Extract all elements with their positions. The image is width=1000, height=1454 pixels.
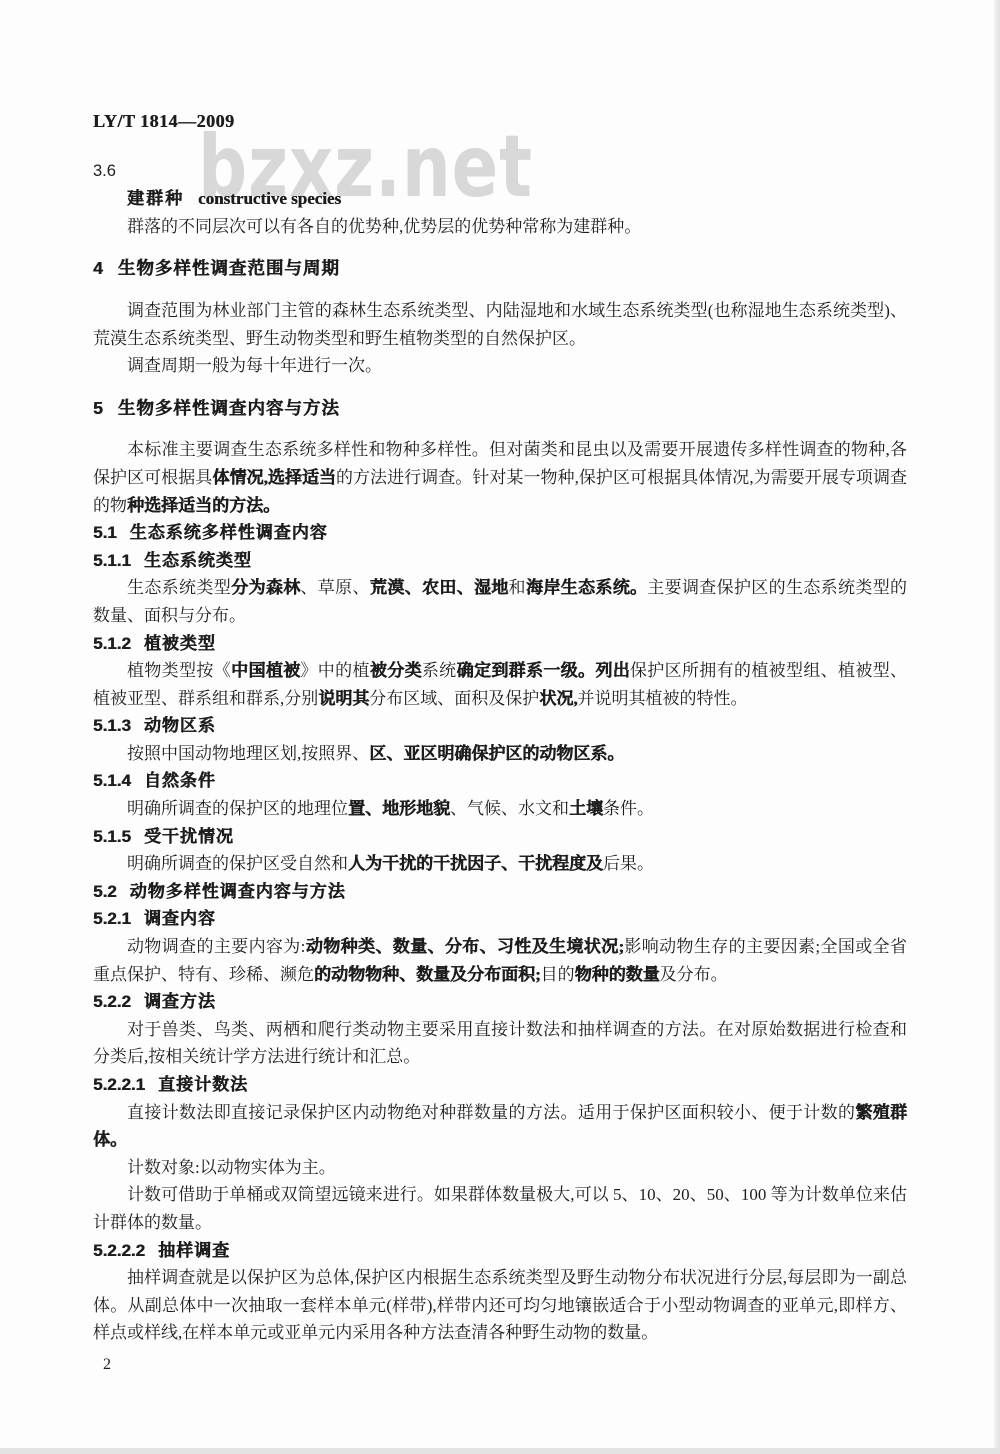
text-run: 明确所调查的保护区的地理位: [127, 799, 348, 818]
text-run: 海岸生态系统。: [526, 578, 647, 597]
page-edge-right: [994, 0, 1000, 1454]
text-run: 体情况,选择适当: [212, 468, 336, 487]
paragraph: 按照中国动物地理区划,按照界、区、亚区明确保护区的动物区系。: [93, 740, 907, 768]
clause-heading-5-1-2: 5.1.2植被类型: [93, 630, 907, 658]
clause-number: 3.6: [93, 158, 907, 186]
clause-number: 5.2: [93, 882, 117, 901]
paragraph: 对于兽类、鸟类、两栖和爬行类动物主要采用直接计数法和抽样调查的方法。在对原始数据…: [93, 1016, 907, 1071]
text-run: 系统: [422, 661, 457, 680]
clause-number: 5.2.1: [93, 909, 131, 928]
text-run: 动物种类、数量、分布、习性及生境状况;: [305, 937, 624, 956]
text-run: 和: [509, 578, 526, 597]
paragraph: 直接计数法即直接记录保护区内动物绝对种群数量的方法。适用于保护区面积较小、便于计…: [93, 1099, 907, 1154]
blocks-host: 3.6建群种constructive species群落的不同层次可以有各自的优…: [93, 158, 907, 1347]
clause-heading-4: 4生物多样性调查范围与周期: [93, 255, 907, 283]
paragraph: 本标准主要调查生态系统多样性和物种多样性。但对菌类和昆虫以及需要开展遗传多样性调…: [93, 436, 907, 519]
text-run: 状况,: [539, 689, 577, 708]
page-number: 2: [93, 1351, 907, 1379]
clause-number: 5.1.5: [93, 827, 131, 846]
paragraph: 明确所调查的保护区的地理位置、地形地貌、气候、水文和土壤条件。: [93, 795, 907, 823]
doc-code: LY/T 1814—2009: [93, 108, 907, 136]
paragraph: 计数对象:以动物实体为主。: [93, 1154, 907, 1182]
text-run: 荒漠、农田、湿地: [370, 578, 509, 597]
clause-heading-5-1-3: 5.1.3动物区系: [93, 712, 907, 740]
clause-heading-5-1-5: 5.1.5受干扰情况: [93, 823, 907, 851]
clause-title: 受干扰情况: [144, 827, 234, 846]
clause-number: 5.2.2.2: [93, 1241, 145, 1260]
clause-title: 调查内容: [144, 909, 216, 928]
clause-heading-5-1-1: 5.1.1生态系统类型: [93, 547, 907, 575]
clause-title: 调查方法: [144, 992, 216, 1011]
text-run: 按照中国动物地理区划,按照界、: [127, 744, 369, 763]
text-run: 置、地形地貌: [348, 799, 450, 818]
text-run: 》中的植: [300, 661, 369, 680]
text-run: 种选择适当的方法。: [127, 496, 280, 515]
clause-title: 抽样调查: [158, 1241, 230, 1260]
clause-title: 生物多样性调查范围与周期: [118, 258, 340, 278]
clause-heading-5-1: 5.1生态系统多样性调查内容: [93, 519, 907, 547]
text-run: 条件。: [603, 799, 654, 818]
paragraph: 群落的不同层次可以有各自的优势种,优势层的优势种常称为建群种。: [93, 213, 907, 241]
clause-number: 5.1.4: [93, 771, 131, 790]
clause-title: 自然条件: [144, 771, 216, 790]
text-run: 人为干扰的干扰因子、干扰程度及: [348, 854, 603, 873]
clause-number: 5.2.2.1: [93, 1075, 145, 1094]
text-run: 及分布。: [660, 965, 728, 984]
paragraph: 明确所调查的保护区受自然和人为干扰的干扰因子、干扰程度及后果。: [93, 850, 907, 878]
clause-title: 生态系统类型: [144, 551, 252, 570]
term-entry: 建群种constructive species: [93, 185, 907, 213]
text-run: 动物调查的主要内容为:: [127, 937, 305, 956]
text-run: 中国植被: [231, 661, 300, 680]
text-run: 直接计数法即直接记录保护区内动物绝对种群数量的方法。适用于保护区面积较小、便于计…: [127, 1103, 855, 1122]
text-run: 分布区域、面积及保护: [369, 689, 539, 708]
term-name-cn: 建群种: [127, 189, 184, 208]
text-run: 分为森林: [231, 578, 300, 597]
clause-title: 动物多样性调查内容与方法: [130, 882, 346, 901]
text-run: 区、亚区明确保护区的动物区系。: [369, 744, 624, 763]
paragraph: 计数可借助于单桶或双筒望远镜来进行。如果群体数量极大,可以 5、10、20、50…: [93, 1181, 907, 1236]
text-run: 植物类型按《: [127, 661, 231, 680]
paragraph: 植物类型按《中国植被》中的植被分类系统确定到群系一级。列出保护区所拥有的植被型组…: [93, 657, 907, 712]
clause-number: 5: [93, 398, 103, 418]
clause-title: 生物多样性调查内容与方法: [118, 398, 340, 418]
text-run: 物种的数量: [575, 965, 660, 984]
clause-title: 生态系统多样性调查内容: [130, 523, 328, 542]
clause-heading-5-1-4: 5.1.4自然条件: [93, 767, 907, 795]
paragraph: 生态系统类型分为森林、草原、荒漠、农田、湿地和海岸生态系统。主要调查保护区的生态…: [93, 574, 907, 629]
clause-heading-5-2-2-2: 5.2.2.2抽样调查: [93, 1237, 907, 1265]
document-content: LY/T 1814—2009 3.6建群种constructive specie…: [93, 108, 907, 1379]
text-run: 说明其: [318, 689, 369, 708]
clause-heading-5-2-2-1: 5.2.2.1直接计数法: [93, 1071, 907, 1099]
text-run: 目的: [541, 965, 575, 984]
text-run: 后果。: [603, 854, 654, 873]
clause-number: 5.1.2: [93, 634, 131, 653]
clause-title: 直接计数法: [158, 1075, 248, 1094]
text-run: 生态系统类型: [127, 578, 231, 597]
text-run: 被分类: [370, 661, 422, 680]
scanned-document-page: { "page": { "doc_code": "LY/T 1814—2009"…: [0, 0, 1000, 1454]
clause-number: 4: [93, 258, 103, 278]
clause-number: 5.1: [93, 523, 117, 542]
clause-heading-5-2-1: 5.2.1调查内容: [93, 905, 907, 933]
clause-heading-5-2: 5.2动物多样性调查内容与方法: [93, 878, 907, 906]
clause-number: 5.2.2: [93, 992, 131, 1011]
text-run: 的动物物种、数量及分布面积;: [314, 965, 541, 984]
paragraph: 调查周期一般为每十年进行一次。: [93, 352, 907, 380]
text-run: 土壤: [569, 799, 603, 818]
clause-heading-5-2-2: 5.2.2调查方法: [93, 988, 907, 1016]
clause-heading-5: 5生物多样性调查内容与方法: [93, 395, 907, 423]
page-edge-bottom: [0, 1448, 1000, 1454]
clause-number: 5.1.1: [93, 551, 131, 570]
clause-title: 植被类型: [144, 634, 216, 653]
text-run: 并说明其植被的特性。: [578, 689, 748, 708]
clause-number: 5.1.3: [93, 716, 131, 735]
paragraph: 抽样调查就是以保护区为总体,保护区内根据生态系统类型及野生动物分布状况进行分层,…: [93, 1264, 907, 1347]
text-run: 明确所调查的保护区受自然和: [127, 854, 348, 873]
text-run: 、草原、: [300, 578, 369, 597]
term-name-en: constructive species: [198, 189, 341, 208]
paragraph: 调查范围为林业部门主管的森林生态系统类型、内陆湿地和水域生态系统类型(也称湿地生…: [93, 297, 907, 352]
text-run: 确定到群系一级。列出: [457, 661, 630, 680]
paragraph: 动物调查的主要内容为:动物种类、数量、分布、习性及生境状况;影响动物生存的主要因…: [93, 933, 907, 988]
text-run: 、气候、水文和: [450, 799, 569, 818]
clause-title: 动物区系: [144, 716, 216, 735]
